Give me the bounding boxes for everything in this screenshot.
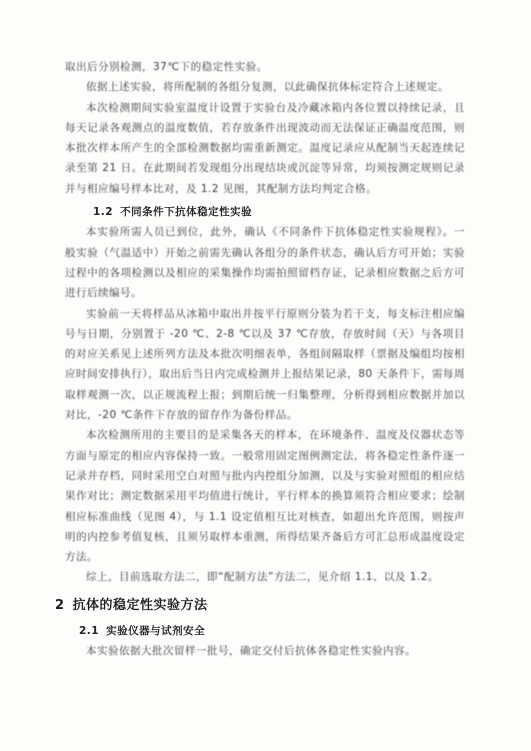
- section-heading-1-2: 1.2不同条件下抗体稳定性实验: [65, 202, 465, 222]
- paragraph: 本实验依据大批次留样一批号，确定交付后抗体各稳定性实验内容。: [65, 641, 465, 661]
- section-number: 2.1: [79, 625, 99, 637]
- paragraph: 本实验所需人员已到位，此外，确认《不同条件下抗体稳定性实验规程》。一般实验（气温…: [65, 222, 465, 303]
- paragraph: 本次检测期间实验室温度计设置于实验台及冷藏冰箱内各位置以持续记录，且每天记录各观…: [65, 98, 465, 199]
- paragraph: 综上，目前选取方法二，即“配制方法”方法二，见介绍 1.1、以及 1.2。: [65, 567, 465, 587]
- chapter-title: 抗体的稳定性实验方法: [73, 598, 208, 613]
- section-title: 实验仪器与试剂安全: [106, 625, 205, 637]
- section-number: 1.2: [93, 206, 113, 218]
- paragraph: 实验前一天将样品从冰箱中取出并按平行原则分装为若干支，每支标注相应编号与日期，分…: [65, 304, 465, 426]
- paragraph: 本次检测所用的主要目的是采集各天的样本，在环境条件、温度及仪器状态等方面与原定的…: [65, 425, 465, 567]
- document-body: 取出后分别检测，37℃下的稳定性实验。 依据上述实验，将所配制的各组分复测，以此…: [65, 57, 465, 661]
- document-page: 取出后分别检测，37℃下的稳定性实验。 依据上述实验，将所配制的各组分复测，以此…: [0, 0, 531, 751]
- chapter-number: 2: [55, 598, 65, 613]
- paragraph: 依据上述实验，将所配制的各组分复测，以此确保抗体标定符合上述规定。: [65, 77, 465, 97]
- section-heading-2-1: 2.1实验仪器与试剂安全: [65, 621, 465, 641]
- section-title: 不同条件下抗体稳定性实验: [120, 206, 252, 218]
- paragraph-continuation: 取出后分别检测，37℃下的稳定性实验。: [65, 57, 465, 77]
- chapter-heading-2: 2抗体的稳定性实验方法: [55, 595, 465, 616]
